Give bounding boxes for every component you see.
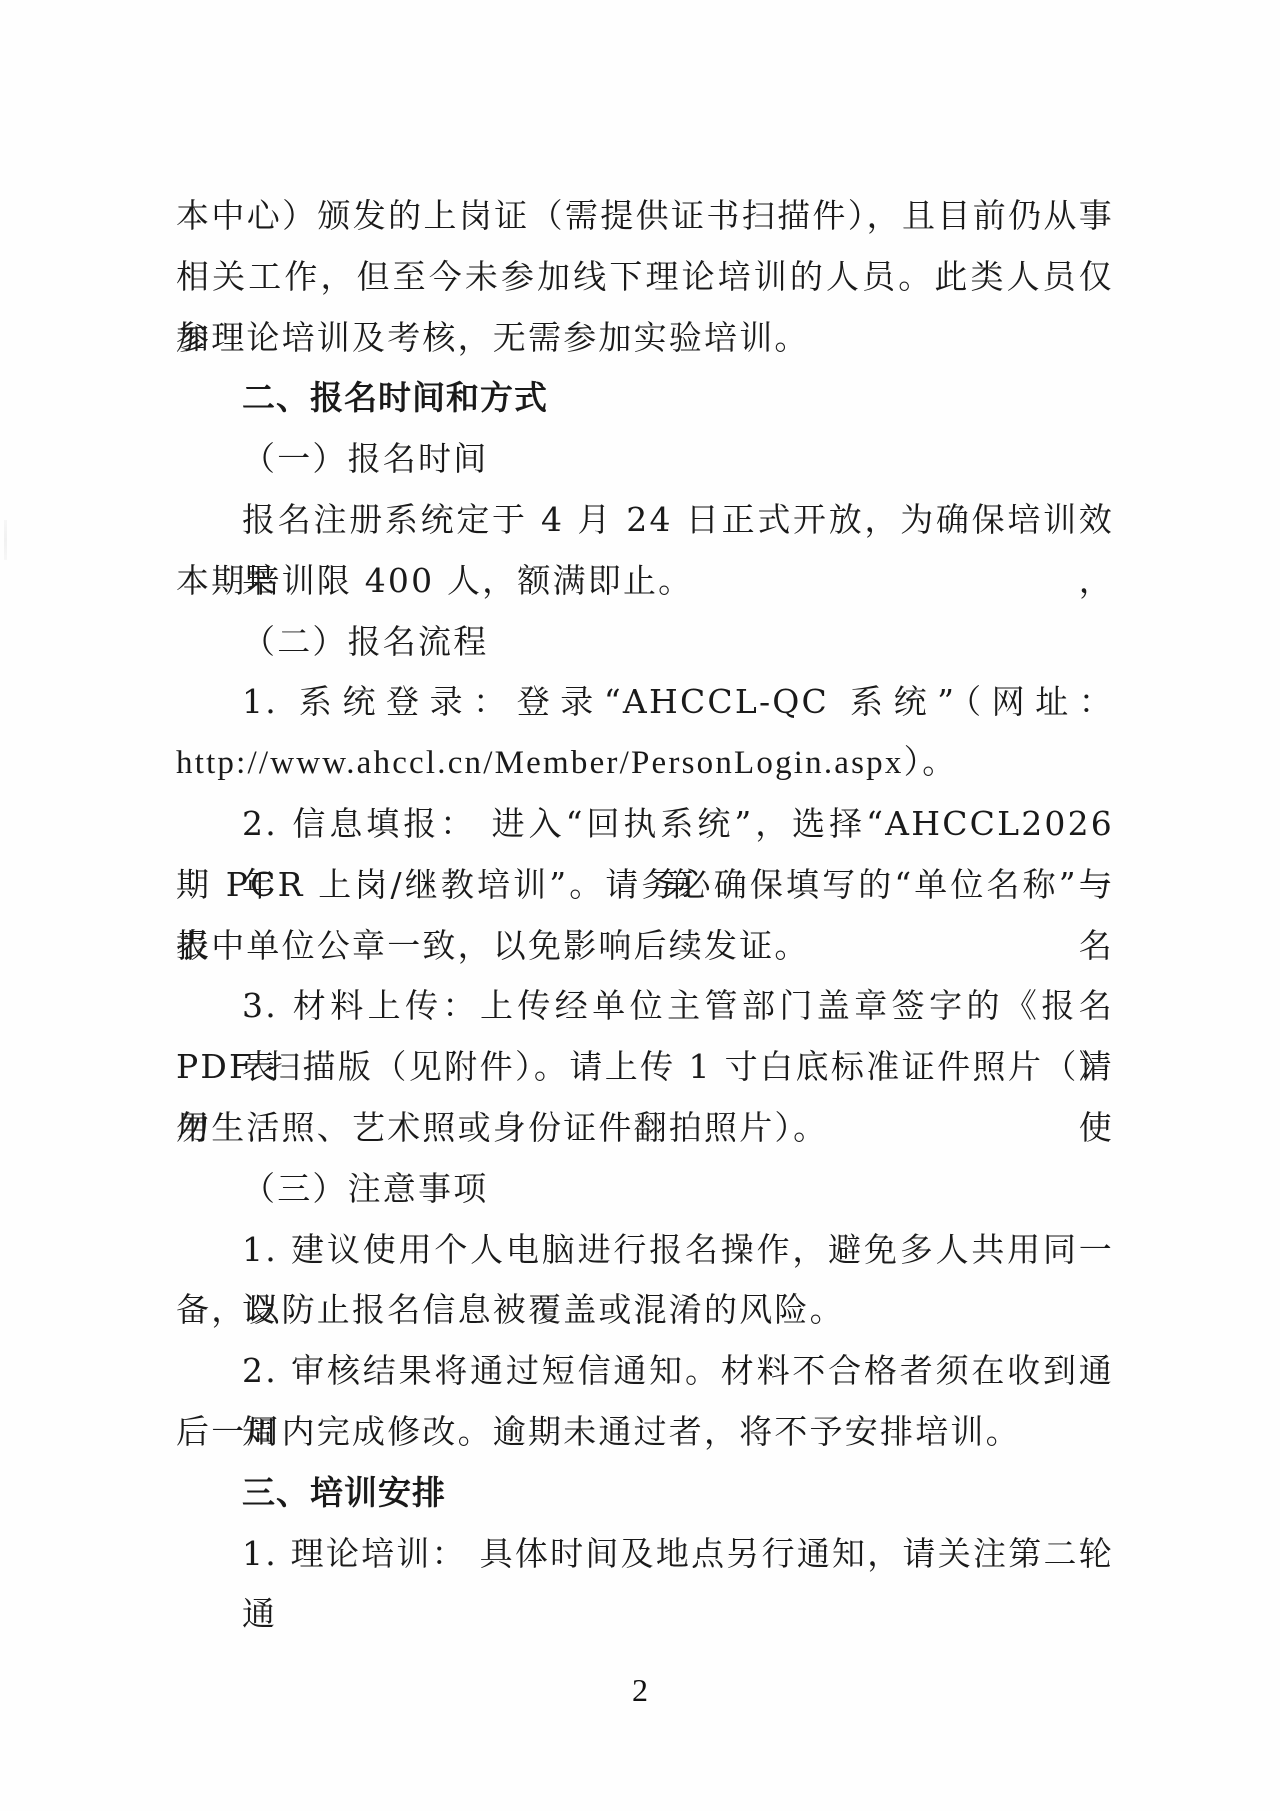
subheading-notes: （三）注意事项	[176, 1159, 1114, 1220]
body-line: PDF 扫描版（见附件）。请上传 1 寸白底标准证件照片（请勿使	[176, 1037, 1114, 1098]
body-line: 1. 理论培训： 具体时间及地点另行通知，请关注第二轮通	[176, 1524, 1114, 1585]
body-line: 3. 材料上传：上传经单位主管部门盖章签字的《报名表》	[176, 976, 1114, 1037]
scan-edge-mark	[4, 520, 7, 560]
body-line: 1. 系统登录：登录“AHCCL-QC 系统”（网址：	[176, 672, 1114, 733]
section-heading-training: 三、培训安排	[176, 1463, 1114, 1524]
login-url-link[interactable]: http://www.ahccl.cn/Member/PersonLogin.a…	[176, 733, 1114, 794]
section-heading-registration: 二、报名时间和方式	[176, 368, 1114, 429]
body-line: 加理论培训及考核，无需参加实验培训。	[176, 308, 1114, 369]
page-number: 2	[0, 1672, 1280, 1709]
body-line: 报名注册系统定于 4 月 24 日正式开放，为确保培训效果，	[176, 490, 1114, 551]
body-line: 后一周内完成修改。逾期未通过者，将不予安排培训。	[176, 1402, 1114, 1463]
body-line: 期 PCR 上岗/继教培训”。请务必确保填写的“单位名称”与报名	[176, 855, 1114, 916]
body-line: 本中心）颁发的上岗证（需提供证书扫描件），且目前仍从事	[176, 186, 1114, 247]
body-line: 2. 审核结果将通过短信通知。材料不合格者须在收到通知	[176, 1341, 1114, 1402]
subheading-registration-time: （一）报名时间	[176, 429, 1114, 490]
body-line: 相关工作，但至今未参加线下理论培训的人员。此类人员仅参	[176, 247, 1114, 308]
body-line: 2. 信息填报： 进入“回执系统”，选择“AHCCL2026 年第一	[176, 794, 1114, 855]
document-page: 本中心）颁发的上岗证（需提供证书扫描件），且目前仍从事 相关工作，但至今未参加线…	[0, 0, 1280, 1811]
body-line: 1. 建议使用个人电脑进行报名操作，避免多人共用同一设	[176, 1220, 1114, 1281]
document-body: 本中心）颁发的上岗证（需提供证书扫描件），且目前仍从事 相关工作，但至今未参加线…	[176, 186, 1114, 1584]
subheading-registration-process: （二）报名流程	[176, 612, 1114, 673]
body-line: 备，以防止报名信息被覆盖或混淆的风险。	[176, 1280, 1114, 1341]
